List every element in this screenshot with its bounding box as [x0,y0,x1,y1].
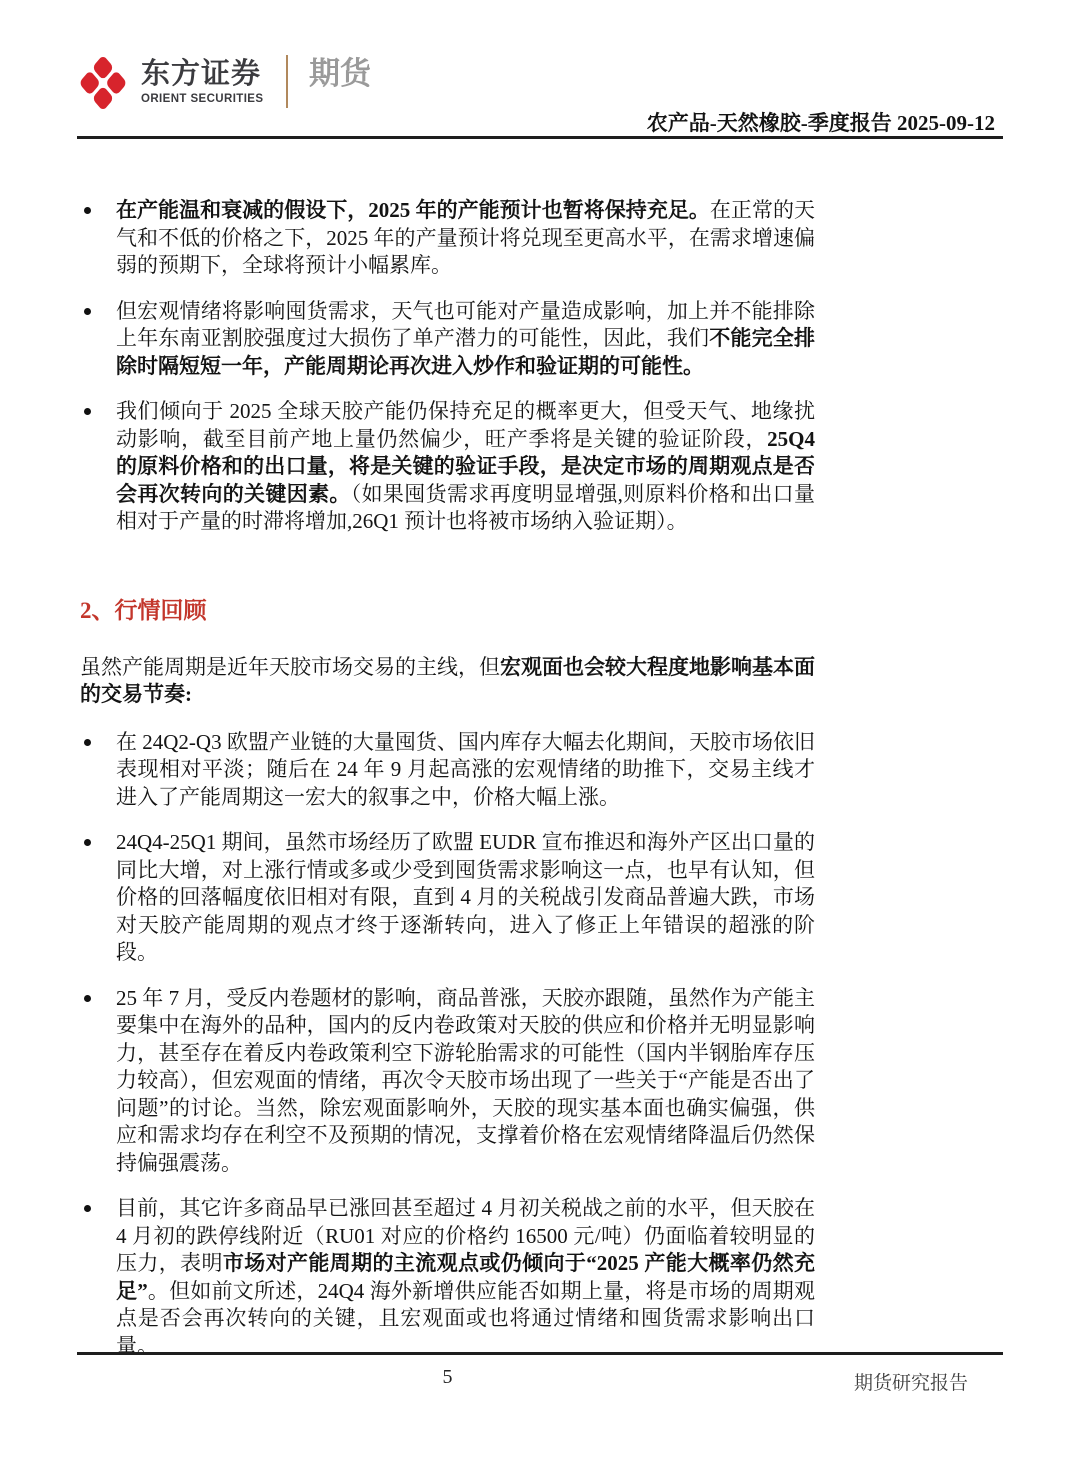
doc-title: 农产品-天然橡胶-季度报告 2025-09-12 [647,107,995,137]
bullet-dot [84,408,91,415]
list-item: 在 24Q2-Q3 欧盟产业链的大量囤货、国内库存大幅去化期间，天胶市场依旧表现… [80,729,815,812]
section-heading: 2、行情回顾 [80,596,815,626]
bullet-text: 24Q4-25Q1 期间，虽然市场经历了欧盟 EUDR 宣布推迟和海外产区出口量… [116,829,815,967]
list-item: 24Q4-25Q1 期间，虽然市场经历了欧盟 EUDR 宣布推迟和海外产区出口量… [80,829,815,967]
bullet-dot [84,1205,91,1212]
bullet-dot [84,995,91,1002]
bullet-dot [84,207,91,214]
bullet-text: 目前，其它许多商品早已涨回甚至超过 4 月初关税战之前的水平，但天胶在 4 月初… [116,1195,815,1360]
document-body: 在产能温和衰减的假设下，2025 年的产能预计也暂将保持充足。在正常的天气和不低… [80,139,815,1360]
bullet-text: 在 24Q2-Q3 欧盟产业链的大量囤货、国内库存大幅去化期间，天胶市场依旧表现… [116,729,815,812]
list-item: 我们倾向于 2025 全球天胶产能仍保持充足的概率更大，但受天气、地缘扰动影响，… [80,398,815,536]
bullet-text: 25 年 7 月，受反内卷题材的影响，商品普涨，天胶亦跟随，虽然作为产能主要集中… [116,985,815,1178]
orient-securities-logo-icon [78,54,128,112]
report-page: 东方证券 ORIENT SECURITIES 期货 农产品-天然橡胶-季度报告 … [0,0,1080,1466]
bullet-dot [84,739,91,746]
brand-text-block: 东方证券 ORIENT SECURITIES [141,59,271,105]
logo-divider [286,55,288,108]
list-item: 25 年 7 月，受反内卷题材的影响，商品普涨，天胶亦跟随，虽然作为产能主要集中… [80,985,815,1178]
brand-name-en: ORIENT SECURITIES [141,93,271,105]
list-item: 但宏观情绪将影响囤货需求，天气也可能对产量造成影响，加上并不能排除上年东南亚割胶… [80,298,815,381]
footer-rule [77,1352,1003,1355]
brand-name-cn: 东方证券 [141,59,271,89]
summary-bullet-list: 在产能温和衰减的假设下，2025 年的产能预计也暂将保持充足。在正常的天气和不低… [80,197,815,536]
list-item: 在产能温和衰减的假设下，2025 年的产能预计也暂将保持充足。在正常的天气和不低… [80,197,815,280]
intro-paragraph: 虽然产能周期是近年天胶市场交易的主线，但宏观面也会较大程度地影响基本面的交易节奏… [80,654,815,709]
page-number: 5 [80,1366,815,1389]
bullet-dot [84,308,91,315]
list-item: 目前，其它许多商品早已涨回甚至超过 4 月初关税战之前的水平，但天胶在 4 月初… [80,1195,815,1360]
bullet-text: 我们倾向于 2025 全球天胶产能仍保持充足的概率更大，但受天气、地缘扰动影响，… [116,398,815,536]
bullet-dot [84,839,91,846]
division-label: 期货 [309,57,371,91]
bullet-text: 但宏观情绪将影响囤货需求，天气也可能对产量造成影响，加上并不能排除上年东南亚割胶… [116,298,815,381]
report-type-label: 期货研究报告 [854,1368,968,1395]
review-bullet-list: 在 24Q2-Q3 欧盟产业链的大量囤货、国内库存大幅去化期间，天胶市场依旧表现… [80,729,815,1361]
bullet-text: 在产能温和衰减的假设下，2025 年的产能预计也暂将保持充足。在正常的天气和不低… [116,197,815,280]
